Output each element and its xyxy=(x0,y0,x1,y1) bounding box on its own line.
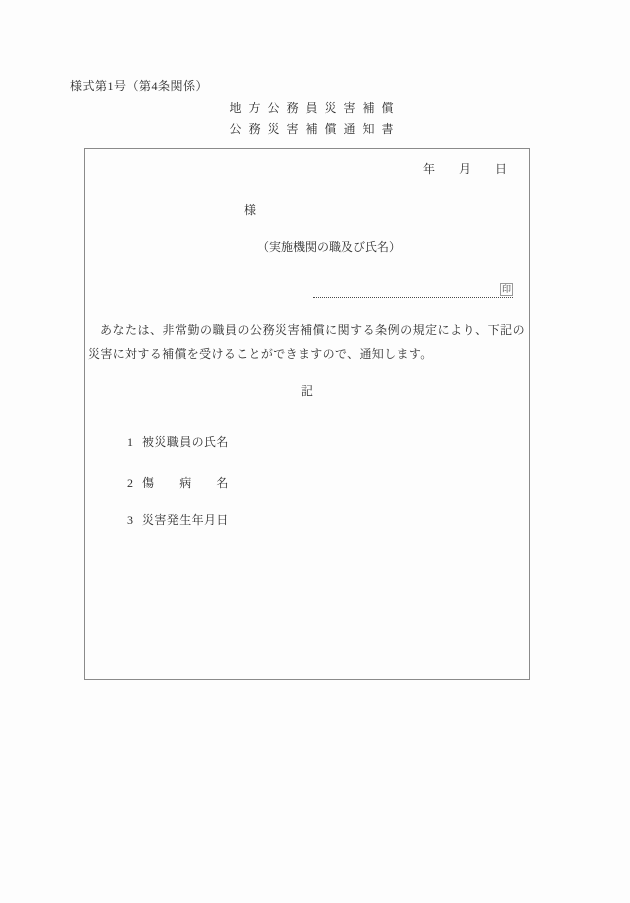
item-label: 傷 病 名 xyxy=(142,476,229,490)
item-number: 3 xyxy=(127,514,134,527)
record-heading: 記 xyxy=(85,385,529,398)
item-number: 2 xyxy=(127,477,134,490)
item-label: 被災職員の氏名 xyxy=(142,435,229,449)
notice-box: 年 月 日 様 （実施機関の職及び氏名） 印 あなたは、非常勤の職員の公務災害補… xyxy=(84,148,530,680)
document-title-line1: 地方公務員災害補償 xyxy=(0,101,630,115)
notice-body-paragraph: あなたは、非常勤の職員の公務災害補償に関する条例の規定により、下記の災害に対する… xyxy=(88,318,525,366)
item-number: 1 xyxy=(127,436,134,449)
seal-mark: 印 xyxy=(500,283,513,296)
item-label: 災害発生年月日 xyxy=(142,513,229,527)
notice-item-3: 3災害発生年月日 xyxy=(109,501,229,540)
form-number-label: 様式第1号（第4条関係） xyxy=(70,79,208,93)
notice-item-2: 2傷 病 名 xyxy=(109,464,229,503)
document-title-line2: 公務災害補償通知書 xyxy=(0,122,630,136)
scanned-form-page: 様式第1号（第4条関係） 地方公務員災害補償 公務災害補償通知書 年 月 日 様… xyxy=(0,0,630,903)
notice-item-1: 1被災職員の氏名 xyxy=(109,423,229,462)
issuer-title-label: （実施機関の職及び氏名） xyxy=(257,240,401,254)
addressee-honorific: 様 xyxy=(244,204,256,217)
signature-dotted-line: 印 xyxy=(313,281,513,298)
date-line: 年 月 日 xyxy=(423,163,507,176)
